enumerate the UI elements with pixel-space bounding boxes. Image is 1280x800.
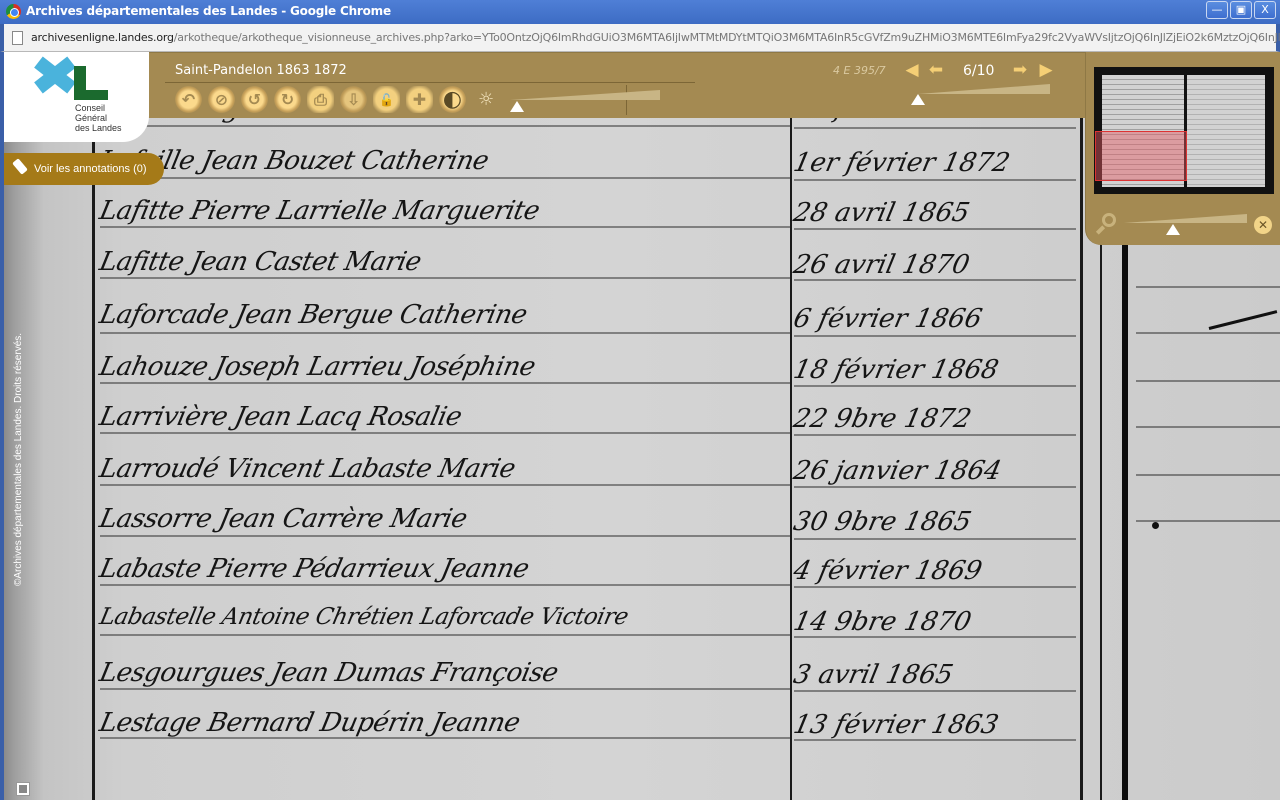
zoom-icon [1096, 213, 1118, 235]
url-field[interactable]: archivesenligne.landes.org/arkotheque/ar… [31, 31, 1280, 44]
contrast-icon[interactable]: ◐ [439, 86, 466, 113]
row-line [794, 538, 1076, 540]
row-line [100, 634, 790, 636]
close-thumbnail-icon[interactable]: ✕ [1254, 216, 1272, 234]
brightness-slider-thumb[interactable] [510, 101, 524, 112]
thumbnail-right-page [1187, 75, 1265, 187]
row-line [100, 177, 790, 179]
view-annotations-button[interactable]: Voir les annotations (0) [4, 153, 164, 185]
ink-dot [1152, 522, 1159, 529]
url-path: /arkotheque/arkotheque_visionneuse_archi… [174, 31, 1280, 44]
document-title: Saint-Pandelon 1863 1872 [175, 63, 347, 78]
address-bar[interactable]: archivesenligne.landes.org/arkotheque/ar… [0, 24, 1280, 52]
register-entry-date: 22 9bre 1872 [791, 404, 974, 434]
page-counter: 6/10 [963, 63, 994, 79]
view-annotations-label: Voir les annotations (0) [34, 163, 147, 175]
register-entry-date: 18 février 1868 [791, 355, 1001, 385]
row-line [100, 332, 790, 334]
register-entry-name: Lassorre Jean Carrère Marie [97, 504, 470, 534]
row-line [794, 228, 1076, 230]
next-page-button[interactable]: ➡ [1011, 60, 1029, 80]
row-line [1136, 380, 1280, 382]
logo-line: Conseil [75, 103, 122, 113]
rotate-right-icon[interactable]: ↻ [274, 86, 301, 113]
window-controls: — ▣ X [1206, 1, 1276, 19]
row-line [1136, 474, 1280, 476]
tool-icons: ↶ ⊘ ↺ ↻ ⎙ ⇩ 🔓 ✚ ◐ [175, 86, 466, 113]
row-line [794, 335, 1076, 337]
thumbnail-viewport-rect[interactable] [1095, 131, 1187, 181]
page-rule [1080, 52, 1083, 800]
register-entry-name: Labaste Pierre Pédarrieux Jeanne [97, 554, 532, 584]
pencil-icon [13, 159, 27, 177]
toolbar-divider [165, 82, 695, 83]
register-entry-date: 30 9bre 1865 [791, 507, 974, 537]
viewer-toolbar: Saint-Pandelon 1863 1872 ↶ ⊘ ↺ ↻ ⎙ ⇩ 🔓 ✚… [145, 52, 1086, 118]
logo-line: Général [75, 113, 122, 123]
row-line [794, 586, 1076, 588]
page-slider-track[interactable] [918, 84, 1050, 94]
row-line [100, 484, 790, 486]
row-line [794, 127, 1076, 129]
close-window-button[interactable]: X [1254, 1, 1276, 19]
window-title: Archives départementales des Landes - Go… [26, 4, 391, 18]
register-entry-date: 14 9bre 1870 [791, 607, 974, 637]
row-line [794, 486, 1076, 488]
zoom-slider-thumb[interactable] [1166, 224, 1180, 235]
register-entry-date: 28 avril 1865 [791, 198, 972, 228]
row-line [794, 434, 1076, 436]
first-page-button[interactable]: ◀ [903, 60, 921, 80]
cancel-icon[interactable]: ⊘ [208, 86, 235, 113]
zoom-slider-track[interactable] [1124, 214, 1247, 223]
register-entry-date: 4 février 1869 [791, 556, 985, 586]
row-line [1136, 332, 1280, 334]
previous-page-button[interactable]: ⬅ [927, 60, 945, 80]
register-entry-date: 3 avril 1865 [791, 660, 956, 690]
page-thumbnail[interactable] [1094, 67, 1274, 194]
thumbnail-navigator: ✕ [1085, 52, 1280, 245]
register-entry-name: Lestage Bernard Dupérin Jeanne [97, 708, 523, 738]
minimize-button[interactable]: — [1206, 1, 1228, 19]
reset-icon[interactable]: ↶ [175, 86, 202, 113]
row-line [794, 690, 1076, 692]
brightness-icon: ☼ [478, 89, 494, 110]
page-icon [12, 31, 23, 45]
row-line [100, 535, 790, 537]
row-line [100, 277, 790, 279]
row-line [794, 385, 1076, 387]
copyright-notice: ©Archives départementales des Landes. Dr… [13, 333, 24, 586]
row-line [100, 688, 790, 690]
row-line [1136, 426, 1280, 428]
register-entry-date: 26 janvier 1864 [791, 456, 1004, 486]
conseil-general-logo[interactable]: Conseil Général des Landes [4, 52, 149, 142]
brightness-slider-track[interactable] [510, 90, 660, 100]
unlock-icon[interactable]: 🔓 [373, 86, 400, 113]
row-line [100, 125, 790, 127]
row-line [1136, 286, 1280, 288]
register-entry-date: 13 février 1863 [791, 710, 1001, 740]
register-entry-date: 1er février 1872 [791, 148, 1013, 178]
register-entry-name: Labastelle Antoine Chrétien Laforcade Vi… [97, 604, 630, 630]
row-line [100, 226, 790, 228]
fullscreen-icon[interactable] [16, 782, 30, 796]
chrome-logo-icon [6, 4, 21, 19]
archive-reference: 4 E 395/7 [833, 64, 886, 77]
window-titlebar: Archives départementales des Landes - Go… [0, 0, 1280, 24]
basket-add-icon[interactable]: ✚ [406, 86, 433, 113]
row-line [100, 382, 790, 384]
row-line [794, 179, 1076, 181]
register-entry-name: Lesgourgues Jean Dumas Françoise [97, 658, 561, 688]
register-entry-name: Laforcade Jean Bergue Catherine [97, 300, 530, 330]
logo-line: des Landes [75, 123, 122, 133]
rotate-left-icon[interactable]: ↺ [241, 86, 268, 113]
maximize-button[interactable]: ▣ [1230, 1, 1252, 19]
register-entry-name: Lafitte Jean Castet Marie [97, 247, 424, 277]
last-page-button[interactable]: ▶ [1037, 60, 1055, 80]
row-line [100, 432, 790, 434]
url-host: archivesenligne.landes.org [31, 31, 174, 44]
row-line [1136, 520, 1280, 522]
register-entry-date: 6 février 1866 [791, 304, 985, 334]
print-icon[interactable]: ⎙ [307, 86, 334, 113]
logo-text: Conseil Général des Landes [75, 103, 122, 133]
page-slider-thumb[interactable] [911, 94, 925, 105]
logo-l-icon [74, 90, 108, 100]
register-entry-name: Lafitte Pierre Larrielle Marguerite [97, 196, 542, 226]
download-icon[interactable]: ⇩ [340, 86, 367, 113]
register-entry-name: Larroudé Vincent Labaste Marie [97, 454, 518, 484]
ink-stroke [1209, 310, 1278, 330]
register-entry-date: 26 avril 1870 [791, 250, 972, 280]
row-line [100, 584, 790, 586]
register-entry-name: Larrivière Jean Lacq Rosalie [97, 402, 464, 432]
register-entry-name: Lahouze Joseph Larrieu Joséphine [97, 352, 538, 382]
